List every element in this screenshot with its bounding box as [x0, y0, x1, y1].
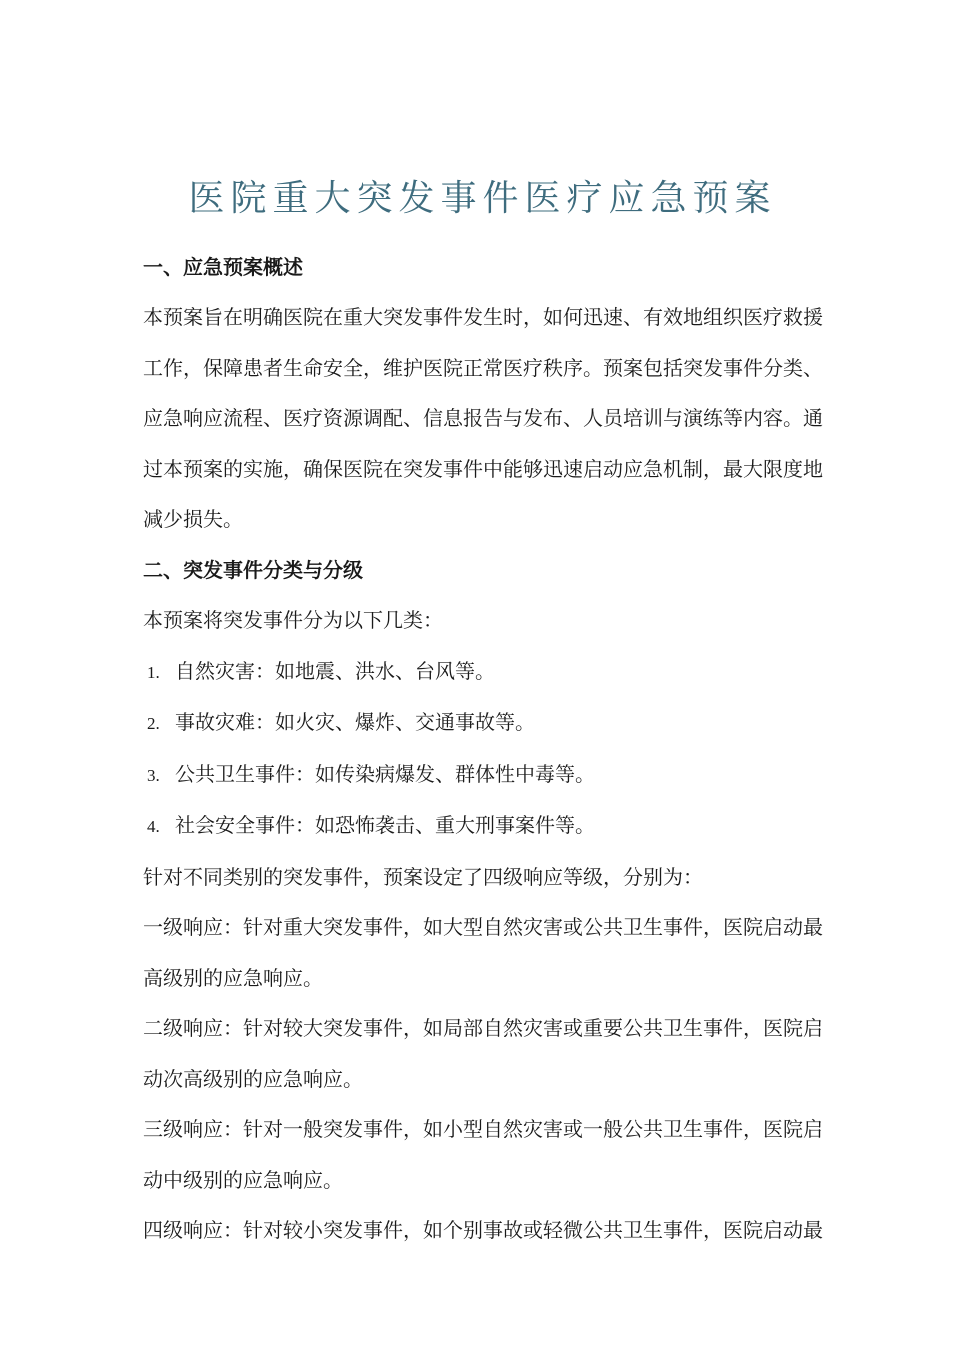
list-number: 1.	[143, 648, 175, 699]
paragraph-line: 二级响应：针对较大突发事件，如局部自然灾害或重要公共卫生事件，医院启	[143, 1004, 822, 1055]
list-item: 1. 自然灾害：如地震、洪水、台风等。	[143, 647, 822, 699]
list-number: 3.	[143, 751, 175, 802]
list-number: 4.	[143, 802, 175, 853]
paragraph-line: 四级响应：针对较小突发事件，如个别事故或轻微公共卫生事件，医院启动最	[143, 1206, 822, 1257]
paragraph-line: 一级响应：针对重大突发事件，如大型自然灾害或公共卫生事件，医院启动最	[143, 903, 822, 954]
paragraph-line: 过本预案的实施，确保医院在突发事件中能够迅速启动应急机制，最大限度地	[143, 445, 822, 496]
paragraph-line: 工作，保障患者生命安全，维护医院正常医疗秩序。预案包括突发事件分类、	[143, 344, 822, 395]
list-item-text: 自然灾害：如地震、洪水、台风等。	[175, 647, 495, 698]
list-item: 3. 公共卫生事件：如传染病爆发、群体性中毒等。	[143, 750, 822, 802]
paragraph-line: 本预案旨在明确医院在重大突发事件发生时，如何迅速、有效地组织医疗救援	[143, 293, 822, 344]
paragraph-line: 动中级别的应急响应。	[143, 1156, 822, 1207]
section2-heading: 二、突发事件分类与分级	[143, 546, 822, 597]
document-title: 医院重大突发事件医疗应急预案	[143, 174, 822, 222]
paragraph-line: 高级别的应急响应。	[143, 954, 822, 1005]
paragraph-line: 三级响应：针对一般突发事件，如小型自然灾害或一般公共卫生事件，医院启	[143, 1105, 822, 1156]
paragraph-line: 本预案将突发事件分为以下几类：	[143, 596, 822, 647]
document-page: 医院重大突发事件医疗应急预案 一、应急预案概述 本预案旨在明确医院在重大突发事件…	[143, 0, 822, 1257]
list-item-text: 社会安全事件：如恐怖袭击、重大刑事案件等。	[175, 801, 595, 852]
section1-heading: 一、应急预案概述	[143, 243, 822, 294]
paragraph-line: 动次高级别的应急响应。	[143, 1055, 822, 1106]
list-item: 4. 社会安全事件：如恐怖袭击、重大刑事案件等。	[143, 801, 822, 853]
list-item: 2. 事故灾难：如火灾、爆炸、交通事故等。	[143, 698, 822, 750]
list-item-text: 公共卫生事件：如传染病爆发、群体性中毒等。	[175, 750, 595, 801]
paragraph-line: 针对不同类别的突发事件，预案设定了四级响应等级，分别为：	[143, 853, 822, 904]
list-item-text: 事故灾难：如火灾、爆炸、交通事故等。	[175, 698, 535, 749]
list-number: 2.	[143, 699, 175, 750]
paragraph-line: 应急响应流程、医疗资源调配、信息报告与发布、人员培训与演练等内容。通	[143, 394, 822, 445]
paragraph-line: 减少损失。	[143, 495, 822, 546]
